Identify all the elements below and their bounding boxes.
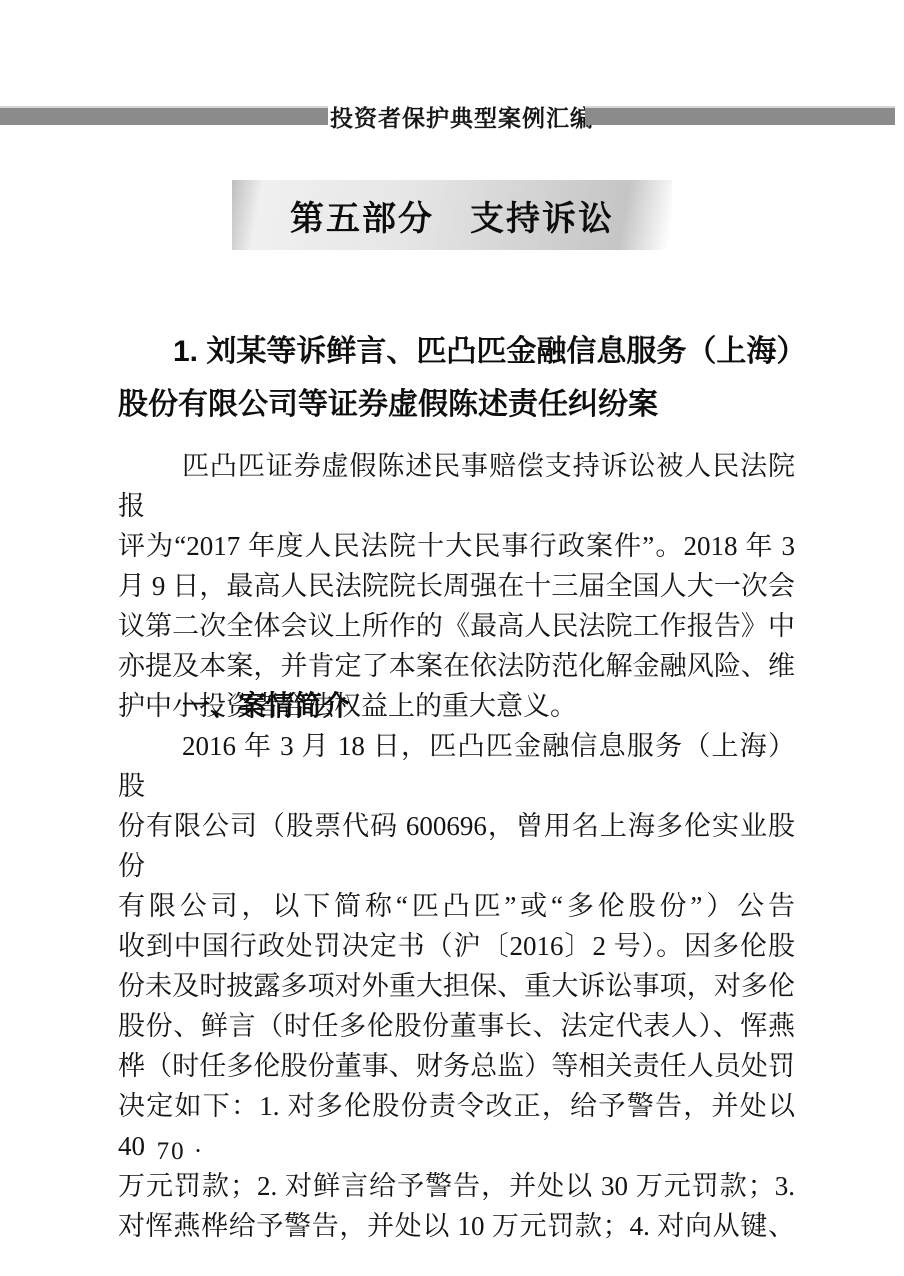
text-line: 有限公司，以下简称“匹凸匹”或“多伦股份”）公告 (118, 886, 795, 926)
text-line: 决定如下：1. 对多伦股份责令改正，给予警告，并处以 40 (118, 1086, 795, 1166)
paragraph-intro: 匹凸匹证券虚假陈述民事赔偿支持诉讼被人民法院报评为“2017 年度人民法院十大民… (118, 446, 795, 726)
text-line: 对恽燕桦给予警告，并处以 10 万元罚款；4. 对向从键、 (118, 1206, 795, 1246)
text-line: 评为“2017 年度人民法院十大民事行政案件”。2018 年 3 (118, 526, 795, 566)
text-line: 2016 年 3 月 18 日，匹凸匹金融信息服务（上海）股 (118, 726, 795, 806)
part-banner: 第五部分 支持诉讼 (232, 180, 672, 250)
section-heading: 一、案情简介 (118, 686, 795, 726)
part-banner-title: 第五部分 支持诉讼 (290, 191, 614, 240)
case-heading: 1. 刘某等诉鲜言、匹凸匹金融信息服务（上海）股份有限公司等证券虚假陈述责任纠纷… (118, 325, 795, 431)
paragraph-facts: 2016 年 3 月 18 日，匹凸匹金融信息服务（上海）股份有限公司（股票代码… (118, 726, 795, 1246)
text-line: 1. 刘某等诉鲜言、匹凸匹金融信息服务（上海） (118, 325, 795, 378)
text-line: 议第二次全体会议上所作的《最高人民法院工作报告》中 (118, 606, 795, 646)
page-number: · 70 · (138, 1138, 204, 1166)
header-rule-right (585, 106, 895, 125)
text-line: 月 9 日，最高人民法院院长周强在十三届全国人大一次会 (118, 566, 795, 606)
text-line: 份有限公司（股票代码 600696，曾用名上海多伦实业股份 (118, 806, 795, 886)
text-line: 桦（时任多伦股份董事、财务总监）等相关责任人员处罚 (118, 1046, 795, 1086)
text-line: 股份有限公司等证券虚假陈述责任纠纷案 (118, 378, 795, 431)
text-line: 股份、鲜言（时任多伦股份董事长、法定代表人）、恽燕 (118, 1006, 795, 1046)
text-line: 亦提及本案，并肯定了本案在依法防范化解金融风险、维 (118, 646, 795, 686)
text-line: 份未及时披露多项对外重大担保、重大诉讼事项，对多伦 (118, 966, 795, 1006)
text-line: 收到中国行政处罚决定书（沪〔2016〕2 号）。因多伦股 (118, 926, 795, 966)
book-page: 投资者保护典型案例汇编 第五部分 支持诉讼 1. 刘某等诉鲜言、匹凸匹金融信息服… (0, 0, 904, 1276)
header-rule-left (0, 106, 328, 125)
text-line: 匹凸匹证券虚假陈述民事赔偿支持诉讼被人民法院报 (118, 446, 795, 526)
running-header-title: 投资者保护典型案例汇编 (330, 100, 585, 133)
text-line: 万元罚款；2. 对鲜言给予警告，并处以 30 万元罚款；3. (118, 1166, 795, 1206)
